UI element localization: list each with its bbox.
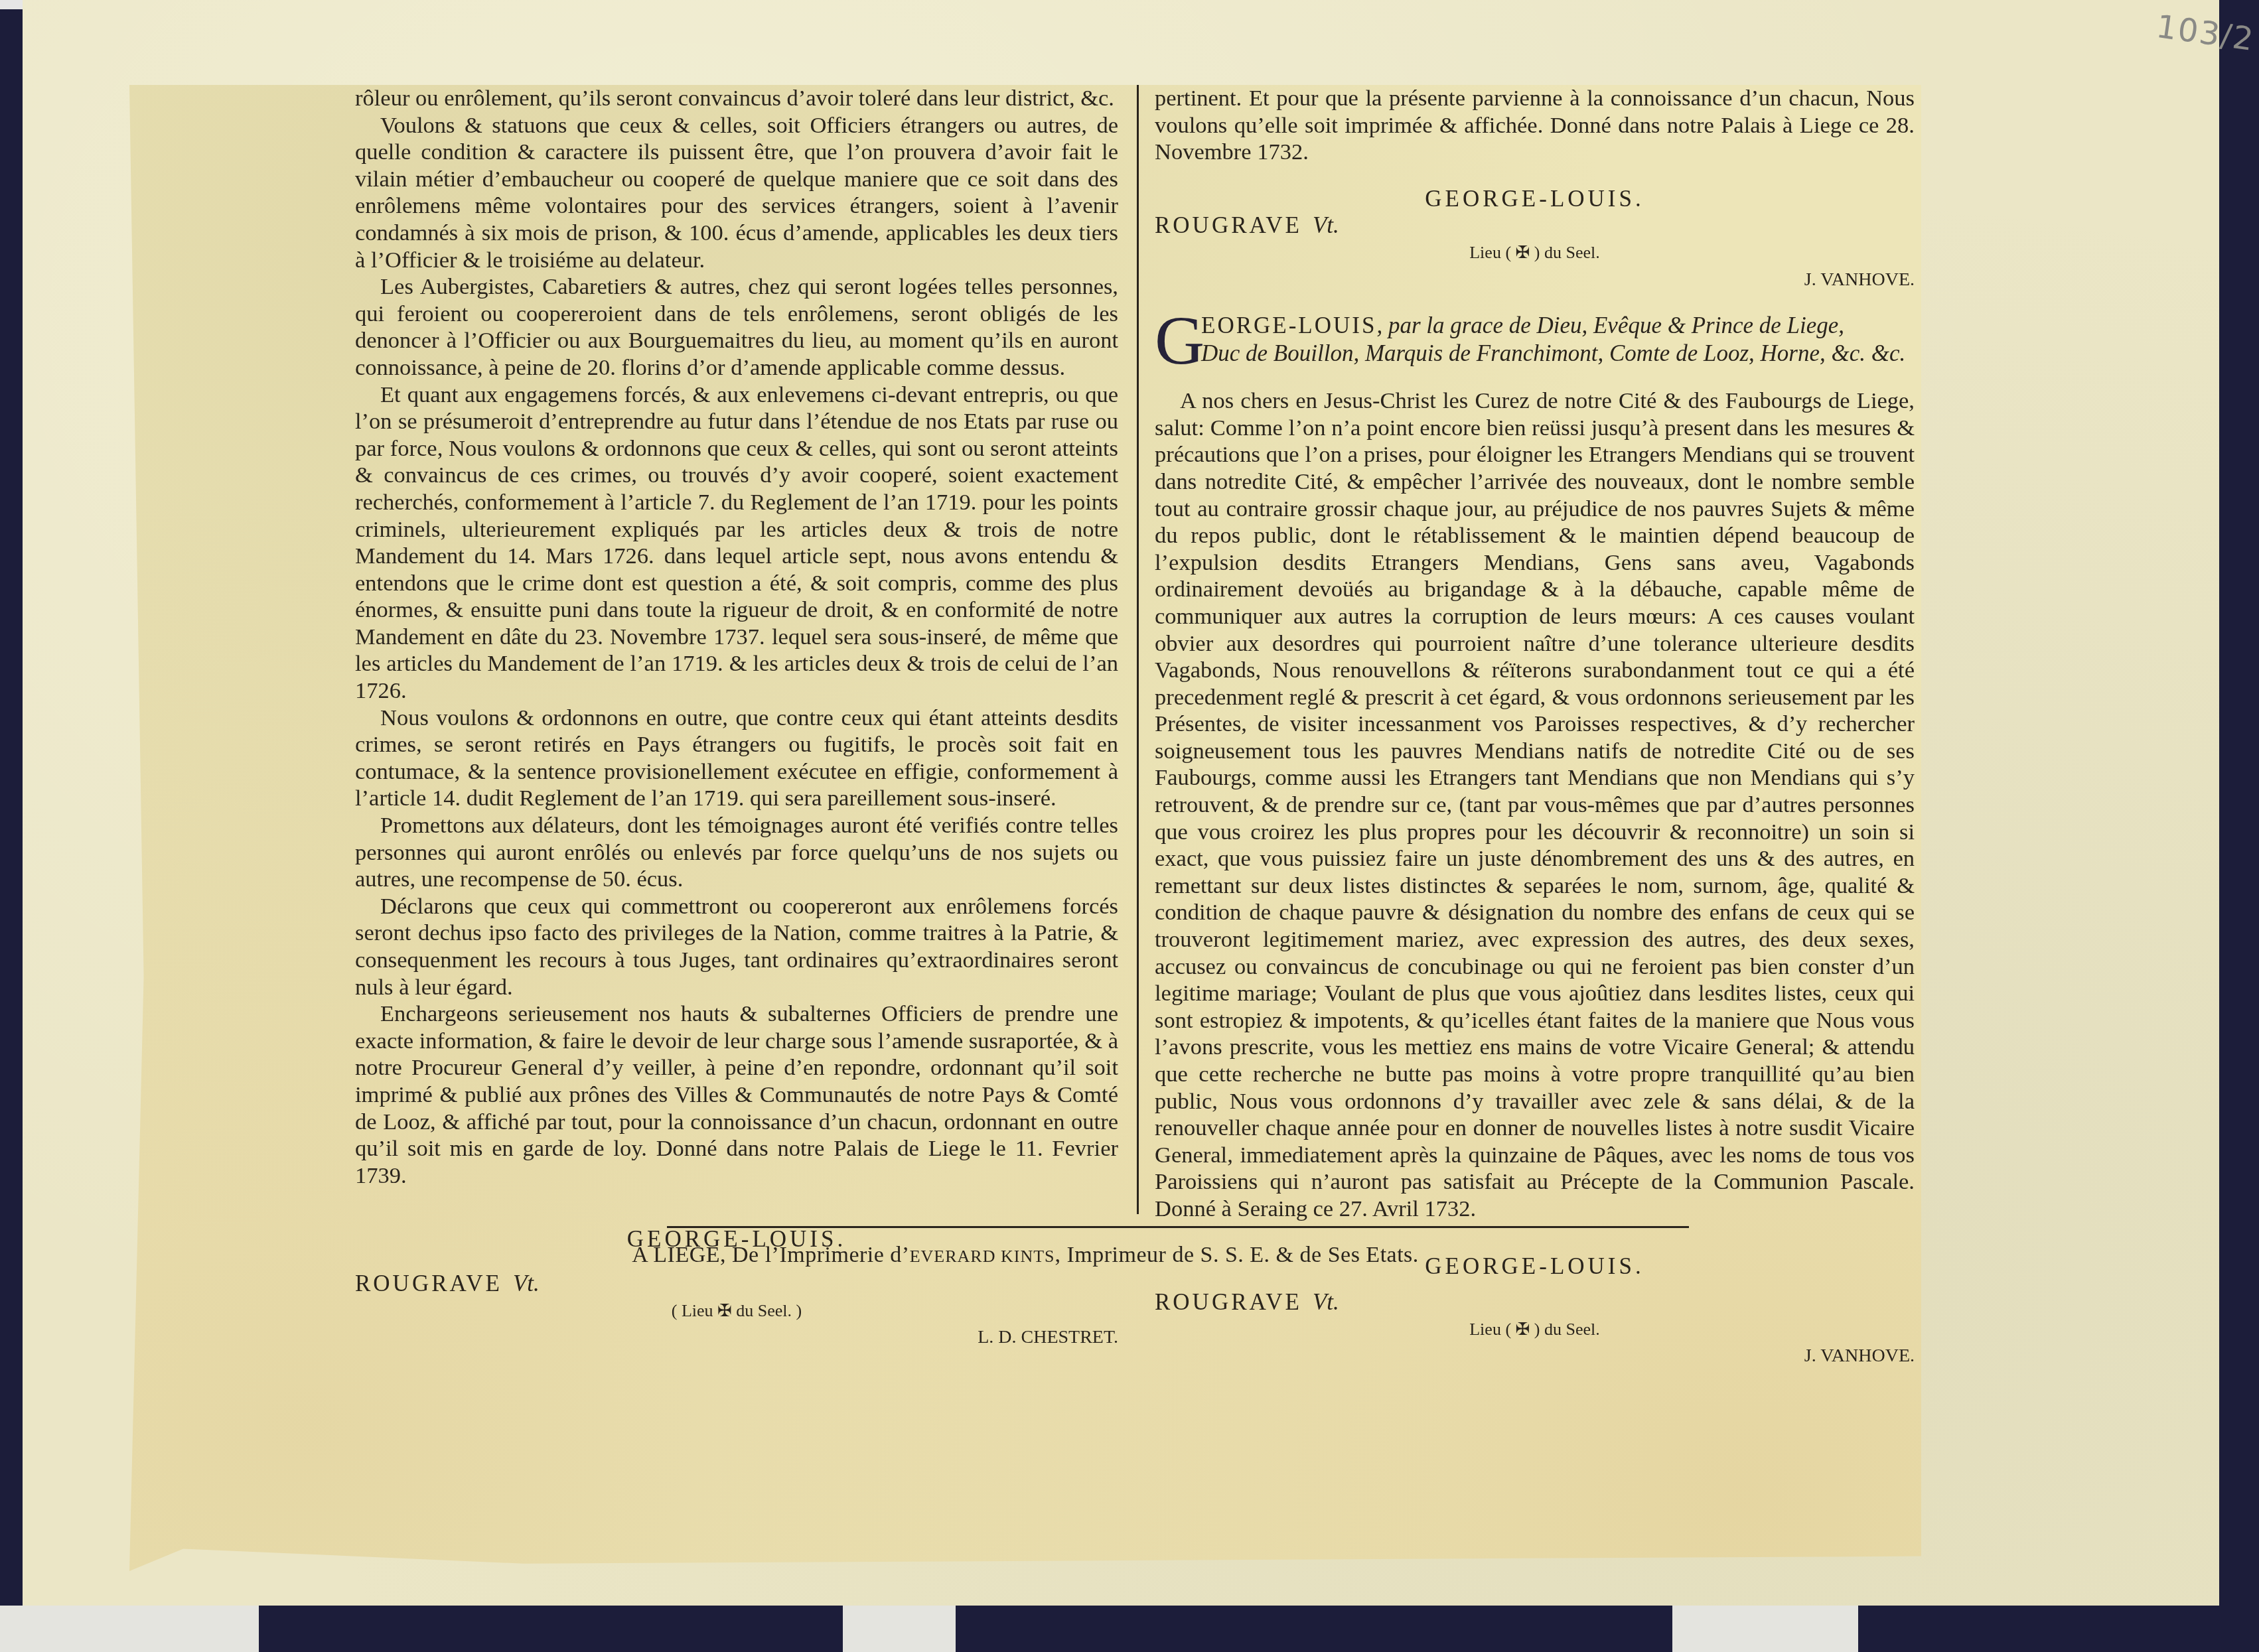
seal-placeholder: Lieu ( ✠ ) du Seel.: [1155, 1316, 1915, 1343]
signature-name: GEORGE-LOUIS.: [1155, 186, 1915, 213]
paragraph: Voulons & statuons que ceux & celles, so…: [355, 112, 1118, 274]
paragraph: pertinent. Et pour que la présente parvi…: [1155, 85, 1915, 166]
paragraph: Promettons aux délateurs, dont les témoi…: [355, 812, 1118, 893]
right-column: pertinent. Et pour que la présente parvi…: [1155, 85, 1915, 1370]
seal-placeholder: ( Lieu ✠ du Seel. ): [355, 1298, 1118, 1325]
paragraph: Les Aubergistes, Cabaretiers & autres, c…: [355, 273, 1118, 381]
countersignature: J. VANHOVE.: [1155, 1343, 1915, 1370]
decree-heading: G EORGE-LOUIS, par la grace de Dieu, Evê…: [1155, 312, 1915, 368]
paragraph: Et quant aux engagemens forcés, & aux en…: [355, 381, 1118, 705]
imprint-rule: [667, 1226, 1689, 1228]
calibration-bar-segment: [843, 1606, 956, 1652]
calibration-bar-segment: [1672, 1606, 1858, 1652]
document-sheet: rôleur ou enrôlement, qu’ils seront conv…: [129, 85, 1921, 1571]
paragraph: Nous voulons & ordonnons en outre, que c…: [355, 705, 1118, 812]
paragraph: Enchargeons serieusement nos hauts & sub…: [355, 1000, 1118, 1189]
left-column: rôleur ou enrôlement, qu’ils seront conv…: [355, 85, 1118, 1351]
secretary-signature: ROUGRAVEVt.: [355, 1271, 1118, 1298]
column-divider: [1137, 78, 1139, 1214]
calibration-bar-segment: [259, 1606, 843, 1652]
printer-imprint: A LIEGE, De l’Imprimerie d’EVERARD KINTS…: [129, 1243, 1921, 1268]
folio-number: 103/2: [2154, 8, 2257, 58]
countersignature: J. VANHOVE.: [1155, 267, 1915, 294]
scan-corner-strip: [0, 0, 23, 9]
paragraph: rôleur ou enrôlement, qu’ils seront conv…: [355, 85, 1118, 112]
drop-cap: G: [1155, 308, 1204, 374]
paragraph: Déclarons que ceux qui commettront ou co…: [355, 893, 1118, 1000]
calibration-bar-segment: [0, 1606, 259, 1652]
calibration-bar-segment: [956, 1606, 1672, 1652]
calibration-bar-segment: [1858, 1606, 2259, 1652]
secretary-signature: ROUGRAVEVt.: [1155, 212, 1915, 240]
seal-placeholder: Lieu ( ✠ ) du Seel.: [1155, 240, 1915, 267]
countersignature: L. D. CHESTRET.: [355, 1324, 1118, 1351]
paragraph: A nos chers en Jesus-Christ les Curez de…: [1155, 387, 1915, 1222]
secretary-signature: ROUGRAVEVt.: [1155, 1289, 1915, 1316]
